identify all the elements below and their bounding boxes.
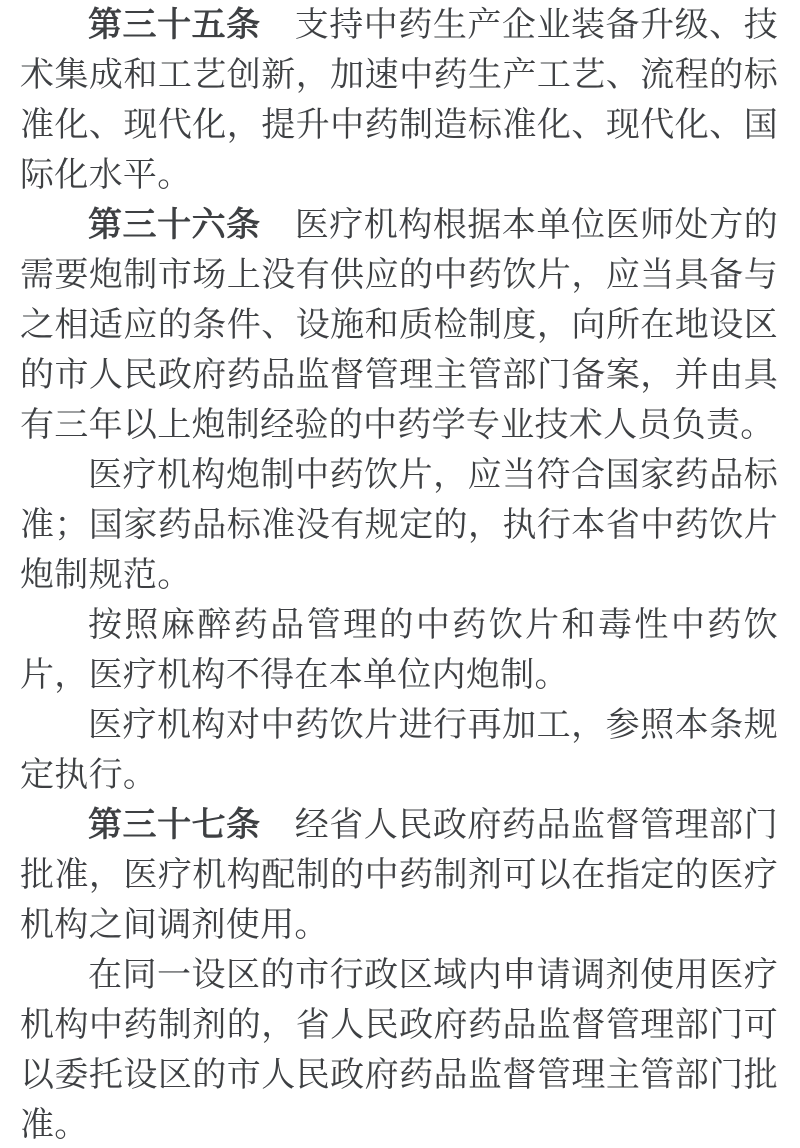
article-number: 第三十五条	[88, 5, 261, 45]
article-number: 第三十七条	[88, 805, 261, 845]
paragraph-text: 按照麻醉药品管理的中药饮片和毒性中药饮片，医疗机构不得在本单位内炮制。	[20, 605, 778, 695]
article-number: 第三十六条	[88, 205, 261, 245]
paragraph: 第三十七条经省人民政府药品监督管理部门批准，医疗机构配制的中药制剂可以在指定的医…	[20, 800, 778, 950]
paragraph: 在同一设区的市行政区域内申请调剂使用医疗机构中药制剂的，省人民政府药品监督管理部…	[20, 950, 778, 1148]
paragraph: 第三十五条支持中药生产企业装备升级、技术集成和工艺创新，加速中药生产工艺、流程的…	[20, 0, 778, 200]
paragraph-text: 医疗机构对中药饮片进行再加工，参照本条规定执行。	[20, 705, 778, 795]
paragraph: 医疗机构对中药饮片进行再加工，参照本条规定执行。	[20, 700, 778, 800]
paragraph: 医疗机构炮制中药饮片，应当符合国家药品标准；国家药品标准没有规定的，执行本省中药…	[20, 450, 778, 600]
paragraph: 按照麻醉药品管理的中药饮片和毒性中药饮片，医疗机构不得在本单位内炮制。	[20, 600, 778, 700]
document-page: 第三十五条支持中药生产企业装备升级、技术集成和工艺创新，加速中药生产工艺、流程的…	[0, 0, 800, 1148]
paragraph-text: 在同一设区的市行政区域内申请调剂使用医疗机构中药制剂的，省人民政府药品监督管理部…	[20, 955, 778, 1145]
paragraph-text: 医疗机构炮制中药饮片，应当符合国家药品标准；国家药品标准没有规定的，执行本省中药…	[20, 455, 778, 595]
legal-text-body: 第三十五条支持中药生产企业装备升级、技术集成和工艺创新，加速中药生产工艺、流程的…	[0, 0, 800, 1148]
paragraph: 第三十六条医疗机构根据本单位医师处方的需要炮制市场上没有供应的中药饮片，应当具备…	[20, 200, 778, 450]
